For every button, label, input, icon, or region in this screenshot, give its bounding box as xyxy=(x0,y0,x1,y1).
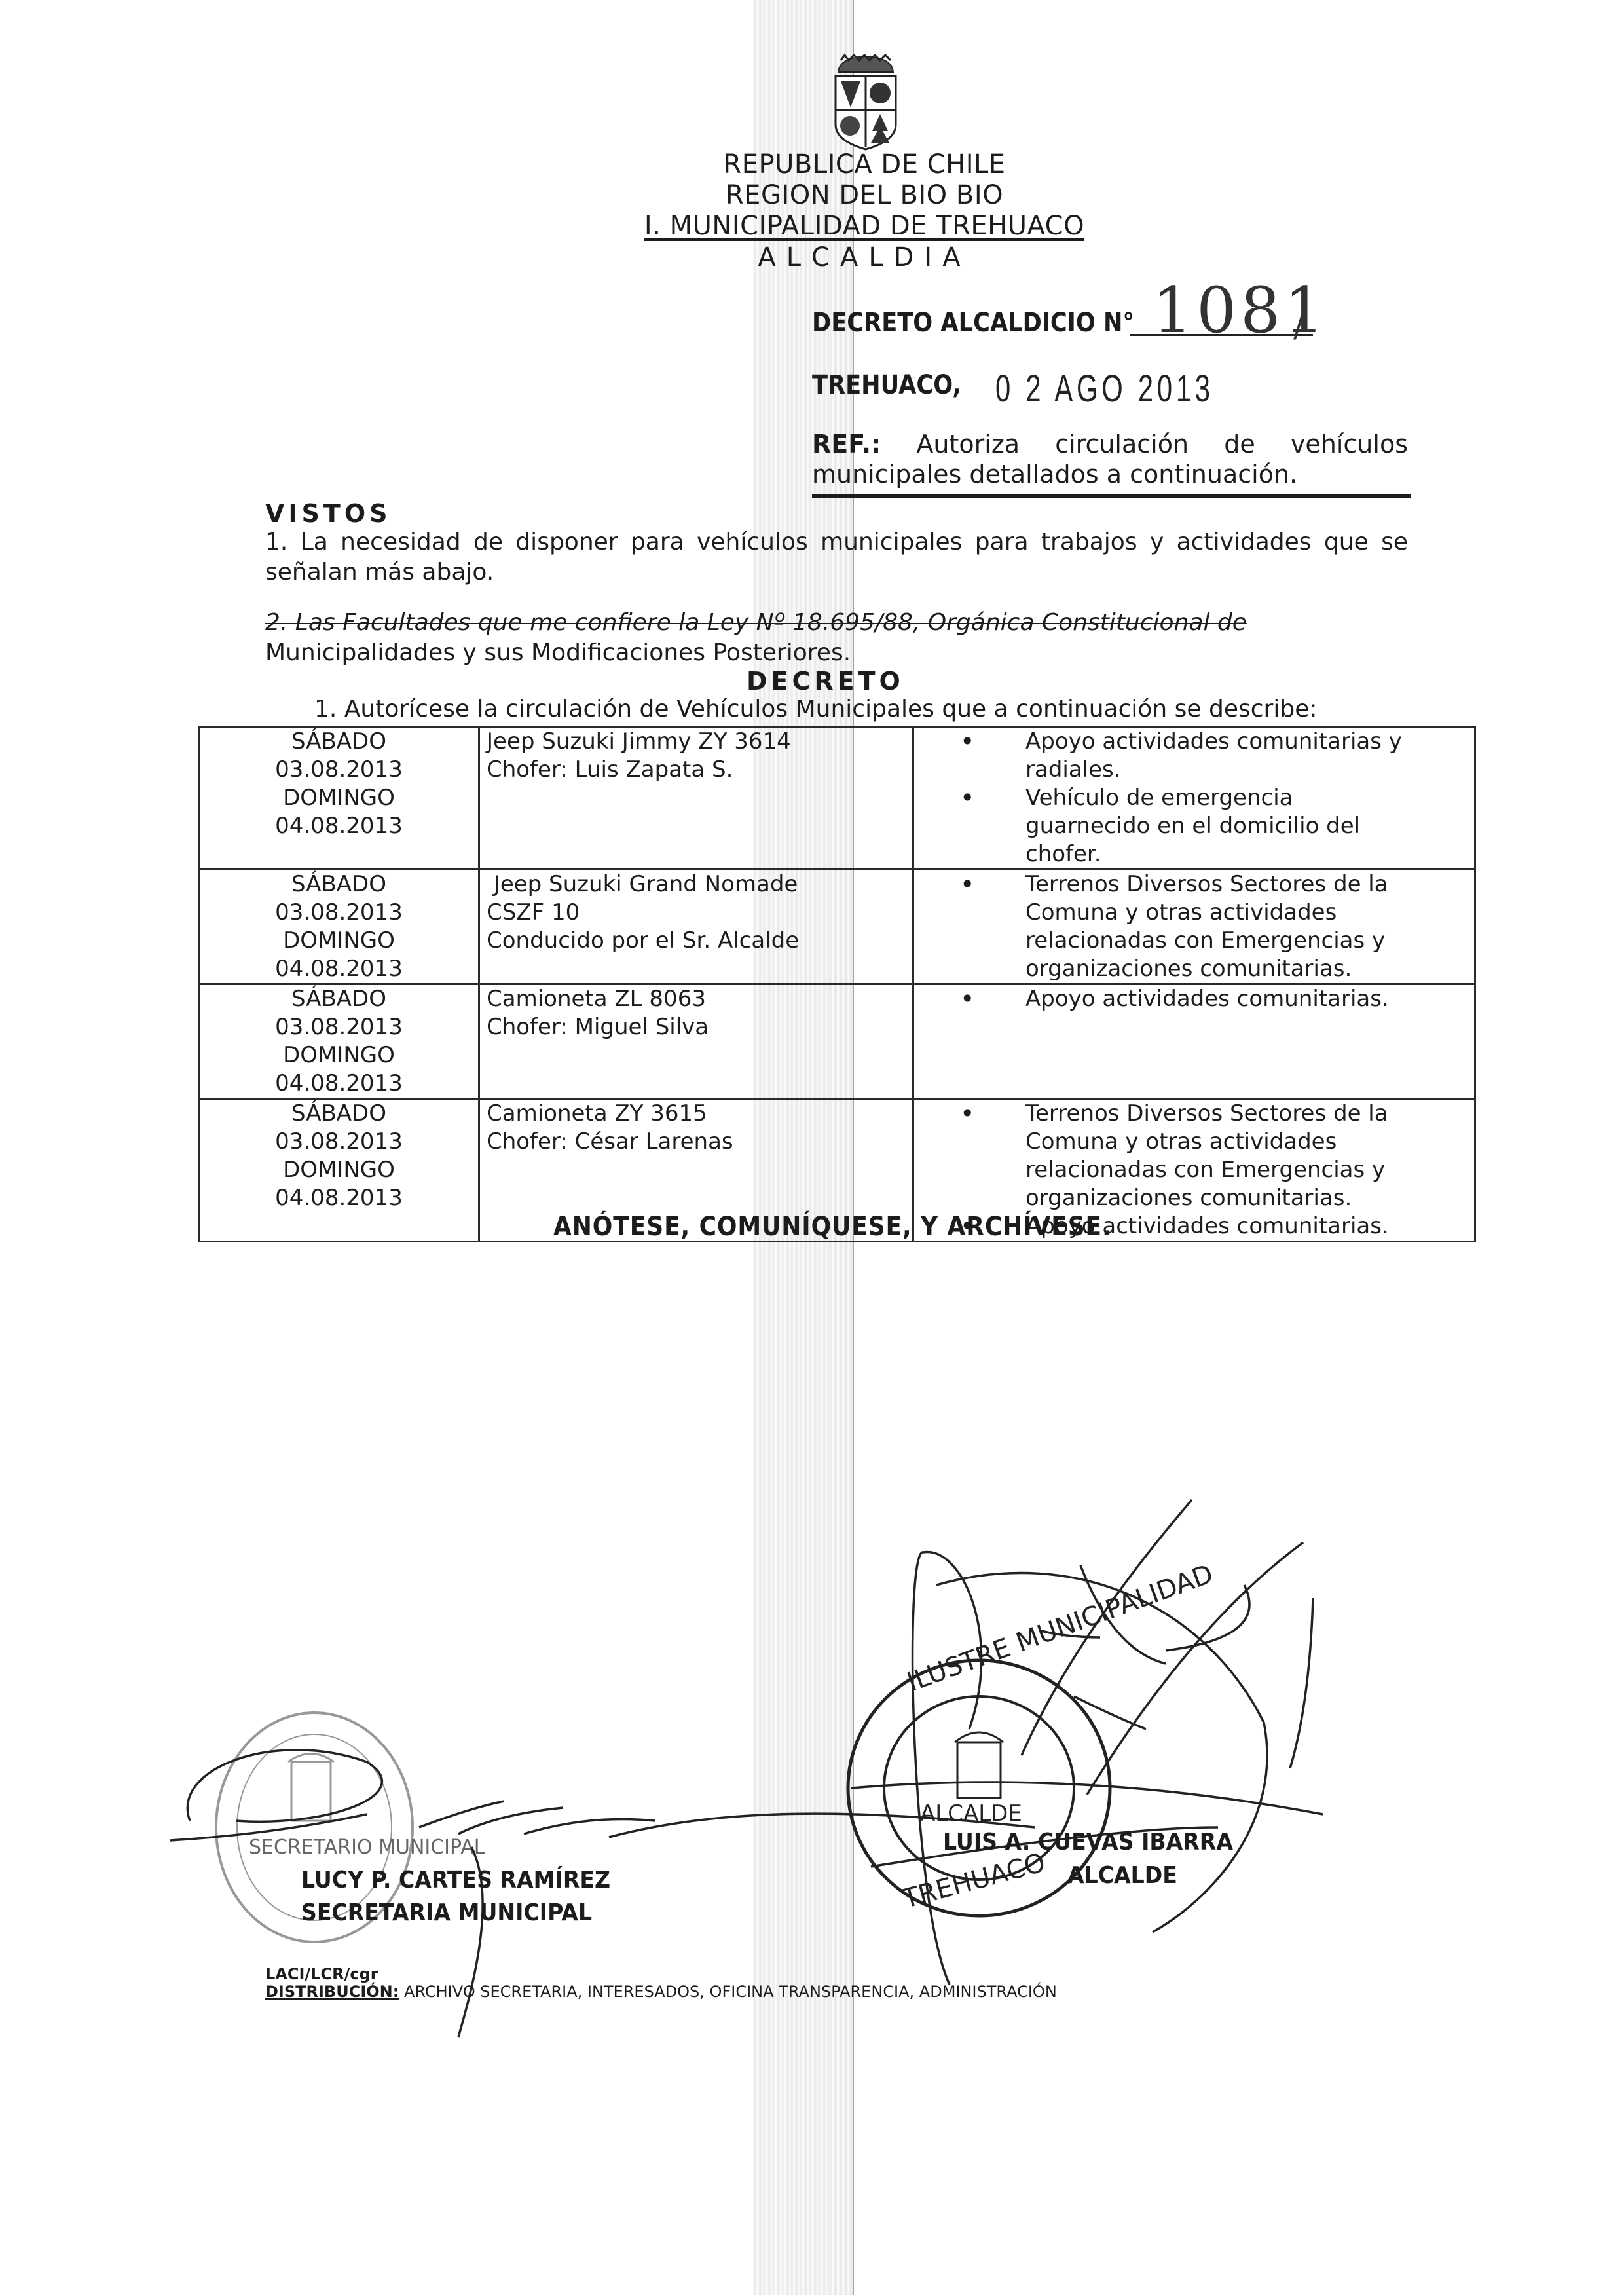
reference-text: Autoriza circulación de vehículos munici… xyxy=(812,430,1408,489)
vehicle-line: Chofer: César Larenas xyxy=(487,1128,906,1156)
vehicle-line: Camioneta ZY 3615 xyxy=(487,1100,906,1128)
date-line: 04.08.2013 xyxy=(206,1070,471,1098)
mayor-name: LUIS A. CUEVAS IBARRA xyxy=(943,1829,1233,1856)
vistos-item-2: 2. Las Facultades que me confiere la Ley… xyxy=(265,608,1408,638)
header-region: REGION DEL BIO BIO xyxy=(458,180,1270,210)
decree-number-underline xyxy=(1130,334,1313,336)
table-row: SÁBADO03.08.2013DOMINGO04.08.2013Jeep Su… xyxy=(199,727,1475,870)
row-activities: Terrenos Diversos Sectores de la Comuna … xyxy=(913,870,1475,984)
activity-item: Terrenos Diversos Sectores de la Comuna … xyxy=(1025,870,1415,983)
distribution-text: ARCHIVO SECRETARIA, INTERESADOS, OFICINA… xyxy=(399,1983,1056,2001)
row-dates: SÁBADO03.08.2013DOMINGO04.08.2013 xyxy=(199,727,479,870)
date-line: 03.08.2013 xyxy=(206,1128,471,1156)
header-municipality: I. MUNICIPALIDAD DE TREHUACO xyxy=(458,211,1270,241)
closing-formula: ANÓTESE, COMUNÍQUESE, Y ARCHÍVESE. xyxy=(553,1212,1112,1242)
decreto-title: DECRETO xyxy=(747,667,904,696)
date-line: 04.08.2013 xyxy=(206,812,471,840)
date-line: SÁBADO xyxy=(206,1100,471,1128)
activity-item: Apoyo actividades comunitarias y radiale… xyxy=(1025,728,1415,784)
vehicle-line: Chofer: Miguel Silva xyxy=(487,1013,906,1041)
date-line: DOMINGO xyxy=(206,1156,471,1184)
vehicle-line: Jeep Suzuki Jimmy ZY 3614 xyxy=(487,728,906,756)
row-vehicle: Jeep Suzuki Grand NomadeCSZF 10Conducido… xyxy=(479,870,913,984)
distribution: DISTRIBUCIÓN: ARCHIVO SECRETARIA, INTERE… xyxy=(265,1983,1057,2001)
secretary-name: LUCY P. CARTES RAMÍREZ xyxy=(301,1867,610,1894)
vistos-item-2-continuation: Municipalidades y sus Modificaciones Pos… xyxy=(265,638,1408,668)
decree-number-label: DECRETO ALCALDICIO N° xyxy=(812,308,1134,338)
date-line: SÁBADO xyxy=(206,985,471,1013)
svg-text:ILUSTRE MUNICIPALIDAD: ILUSTRE MUNICIPALIDAD xyxy=(903,1559,1217,1698)
row-vehicle: Jeep Suzuki Jimmy ZY 3614Chofer: Luis Za… xyxy=(479,727,913,870)
vistos-item-1: 1. La necesidad de disponer para vehícul… xyxy=(265,527,1408,588)
activity-item: Apoyo actividades comunitarias. xyxy=(1025,985,1415,1013)
date-line: 04.08.2013 xyxy=(206,955,471,983)
date-line: SÁBADO xyxy=(206,728,471,756)
date-line: 03.08.2013 xyxy=(206,756,471,784)
activity-item: Terrenos Diversos Sectores de la Comuna … xyxy=(1025,1100,1415,1212)
header-country: REPUBLICA DE CHILE xyxy=(458,149,1270,179)
row-dates: SÁBADO03.08.2013DOMINGO04.08.2013 xyxy=(199,1099,479,1242)
table-row: SÁBADO03.08.2013DOMINGO04.08.2013Camione… xyxy=(199,984,1475,1099)
table-row: SÁBADO03.08.2013DOMINGO04.08.2013 Jeep S… xyxy=(199,870,1475,984)
slash-mark: / xyxy=(1293,308,1304,345)
vehicle-line: Conducido por el Sr. Alcalde xyxy=(487,927,906,955)
secretary-title: SECRETARIA MUNICIPAL xyxy=(301,1899,592,1926)
vehicles-table: SÁBADO03.08.2013DOMINGO04.08.2013Jeep Su… xyxy=(198,726,1476,1242)
row-activities: Apoyo actividades comunitarias. xyxy=(913,984,1475,1099)
mayor-title: ALCALDE xyxy=(1067,1862,1177,1889)
author-initials: LACI/LCR/cgr xyxy=(265,1965,378,1983)
date-line: DOMINGO xyxy=(206,1041,471,1070)
distribution-label: DISTRIBUCIÓN: xyxy=(265,1983,399,2001)
date-line: 03.08.2013 xyxy=(206,1013,471,1041)
date-stamp: 0 2 AGO 2013 xyxy=(995,367,1214,411)
reference-label: REF.: xyxy=(812,430,881,458)
date-line: 04.08.2013 xyxy=(206,1184,471,1212)
vehicle-line: CSZF 10 xyxy=(487,899,906,927)
row-dates: SÁBADO03.08.2013DOMINGO04.08.2013 xyxy=(199,870,479,984)
decreto-intro: 1. Autorícese la circulación de Vehículo… xyxy=(314,696,1317,722)
reference: REF.: Autoriza circulación de vehículos … xyxy=(812,429,1408,489)
vistos-title: VISTOS xyxy=(265,499,392,528)
vehicle-line: Camioneta ZL 8063 xyxy=(487,985,906,1013)
row-dates: SÁBADO03.08.2013DOMINGO04.08.2013 xyxy=(199,984,479,1099)
date-line: DOMINGO xyxy=(206,927,471,955)
svg-text:ALCALDE: ALCALDE xyxy=(920,1801,1022,1827)
date-line: 03.08.2013 xyxy=(206,899,471,927)
row-vehicle: Camioneta ZL 8063Chofer: Miguel Silva xyxy=(479,984,913,1099)
svg-text:TREHUACO: TREHUACO xyxy=(899,1848,1048,1914)
header-office: ALCALDIA xyxy=(458,242,1270,272)
coat-of-arms-icon xyxy=(826,52,905,151)
row-activities: Apoyo actividades comunitarias y radiale… xyxy=(913,727,1475,870)
svg-text:SECRETARIO MUNICIPAL: SECRETARIO MUNICIPAL xyxy=(249,1836,485,1859)
vehicle-line: Jeep Suzuki Grand Nomade xyxy=(487,870,906,899)
date-line: SÁBADO xyxy=(206,870,471,899)
date-line: DOMINGO xyxy=(206,784,471,812)
vehicle-line: Chofer: Luis Zapata S. xyxy=(487,756,906,784)
city-label: TREHUACO, xyxy=(812,370,961,400)
activity-item: Vehículo de emergencia guarnecido en el … xyxy=(1025,784,1415,868)
reference-rule xyxy=(812,494,1411,498)
